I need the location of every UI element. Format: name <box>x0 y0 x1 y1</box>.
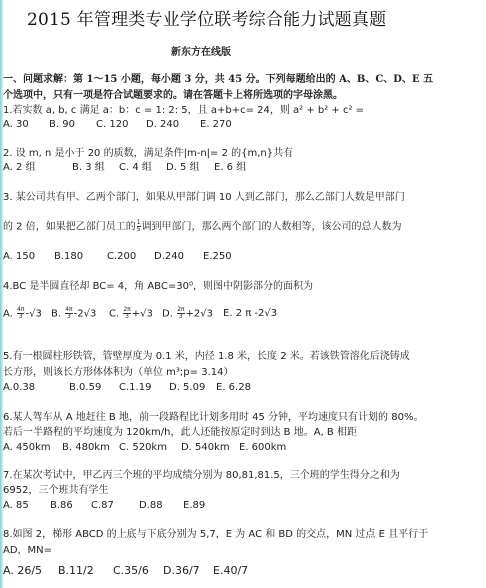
question-5-text-line-1: 5.有一根圆柱形铁管，管壁厚度为 0.1 米，内径 1.8 米，长度 2 米。若… <box>3 350 410 364</box>
q1-option-b: B. 90 <box>49 118 75 132</box>
question-8-options: A. 26/5 B.11/2 C.35/6 D.36/7 E.40/7 <box>3 564 483 578</box>
q5-option-b: B.0.59 <box>69 381 101 395</box>
question-7-options: A. 85 B.86 C.87 D.88 E.89 <box>3 499 483 513</box>
q2-option-d: D. 5 组 <box>166 161 200 175</box>
q4-option-e: E. 2 π -2√3 <box>223 307 277 321</box>
q3-option-d: D.240 <box>154 250 184 264</box>
q6-option-a: A. 450km <box>3 441 51 455</box>
q7-option-c: C.87 <box>91 499 114 513</box>
q2-option-b: B. 3 组 <box>72 161 105 175</box>
q2-option-a: A. 2 组 <box>3 161 36 175</box>
q1-option-d: D. 240 <box>146 118 179 132</box>
question-8-text-line-1: 8.如图 2，梯形 ABCD 的上底与下底分别为 5,7，E 为 AC 和 BD… <box>3 528 428 542</box>
q2-option-c: C. 4 组 <box>119 161 152 175</box>
question-3-text-line-1: 3. 某公司共有甲、乙两个部门，如果从甲部门调 10 人到乙部门，那么乙部门人数… <box>3 191 405 205</box>
q5-option-d: D. 5.09 <box>169 381 205 395</box>
document-subtitle: 新东方在线版 <box>171 43 231 58</box>
q6-option-c: C. 520km <box>119 441 167 455</box>
q2-option-e: E. 6 组 <box>214 161 246 175</box>
q8-option-a: A. 26/5 <box>3 564 42 578</box>
q7-option-a: A. 85 <box>3 499 29 513</box>
q5-option-c: C.1.19 <box>119 381 151 395</box>
q7-option-d: D.88 <box>139 499 163 513</box>
question-1-text: 1.若实数 a, b, c 满足 a：b：c = 1: 2: 5，且 a+b+c… <box>3 104 364 118</box>
q7-option-b: B.86 <box>50 499 73 513</box>
question-3-options: A. 150 B.180 C.200 D.240 E.250 <box>3 250 483 264</box>
q8-option-d: D.36/7 <box>163 564 200 578</box>
question-6-text-line-2: 若后一半路程的平均速度为 120km/h，此人还能按原定时到达 B 地。A, B… <box>3 426 357 440</box>
q4-option-c: C. 2π3+√3 <box>109 307 153 322</box>
question-7-text-line-1: 7.在某次考试中，甲乙丙三个班的平均成绩分别为 80,81,81.5，三个班的学… <box>3 469 400 483</box>
question-6-options: A. 450km B. 480km C. 520km D. 540km E. 6… <box>3 441 483 455</box>
q6-option-b: B. 480km <box>62 441 110 455</box>
question-3-text-b: 调到甲部门，那么两个部门的人数相等，该公司的总人数为 <box>142 222 402 233</box>
question-5-options: A.0.38 B.0.59 C.1.19 D. 5.09 E. 6.28 <box>3 381 483 395</box>
q5-option-e: E. 6.28 <box>216 381 251 395</box>
question-3-fraction: 15 <box>137 220 141 233</box>
fraction-denominator: 5 <box>137 227 141 233</box>
question-1-options: A. 30 B. 90 C. 120 D. 240 E. 270 <box>3 118 483 132</box>
section-header-line-1: 一、问题求解：第 1～15 小题，每小题 3 分，共 45 分。下列每题给出的 … <box>3 73 433 87</box>
q4-option-b: B. 4π3-2√3 <box>51 307 96 322</box>
q1-option-c: C. 120 <box>96 118 128 132</box>
q1-option-a: A. 30 <box>3 118 29 132</box>
q6-option-d: D. 540km <box>181 441 230 455</box>
section-header-line-2: 个选项中，只有一项是符合试题要求的。请在答题卡上将所选项的字母涂黑。 <box>3 89 343 103</box>
question-3-text-line-2: 的 2 倍，如果把乙部门员工的15调到甲部门，那么两个部门的人数相等，该公司的总… <box>3 220 402 235</box>
q3-option-c: C.200 <box>107 250 136 264</box>
question-2-options: A. 2 组 B. 3 组 C. 4 组 D. 5 组 E. 6 组 <box>3 161 483 175</box>
question-6-text-line-1: 6.某人驾车从 A 地赶往 B 地，前一段路程比计划多用时 45 分钟，平均速度… <box>3 411 423 425</box>
q8-option-b: B.11/2 <box>58 564 94 578</box>
q4-option-d: D. 2π3+2√3 <box>162 307 213 322</box>
question-5-text-line-2: 长方形，则该长方形体体积为（单位 m³;p= 3.14） <box>3 366 233 380</box>
document-title: 2015 年管理类专业学位联考综合能力试题真题 <box>27 5 386 30</box>
q6-option-e: E. 600km <box>239 441 286 455</box>
question-8-text-line-2: AD，MN= <box>3 544 52 558</box>
question-3-text-a: 的 2 倍，如果把乙部门员工的 <box>3 222 136 233</box>
q7-option-e: E.89 <box>183 499 205 513</box>
q3-option-b: B.180 <box>54 250 83 264</box>
q3-option-a: A. 150 <box>3 250 35 264</box>
question-4-text: 4.BC 是半圆直径却 BC= 4，角 ABC=30⁰，则图中阴影部分的面积为 <box>3 280 313 294</box>
q8-option-c: C.35/6 <box>113 564 149 578</box>
q8-option-e: E.40/7 <box>213 564 248 578</box>
q5-option-a: A.0.38 <box>3 381 35 395</box>
q4-option-a: A. 4π3-√3 <box>3 307 42 322</box>
question-4-options: A. 4π3-√3 B. 4π3-2√3 C. 2π3+√3 D. 2π3+2√… <box>3 307 483 325</box>
question-7-text-line-2: 6952，三个班共有学生 <box>3 484 108 498</box>
q1-option-e: E. 270 <box>200 118 232 132</box>
question-2-text: 2. 设 m, n 是小于 20 的质数，满足条件|m-n|= 2 的{m,n}… <box>3 147 293 161</box>
q3-option-e: E.250 <box>203 250 232 264</box>
exam-page: 2015 年管理类专业学位联考综合能力试题真题 新东方在线版 一、问题求解：第 … <box>3 0 486 588</box>
